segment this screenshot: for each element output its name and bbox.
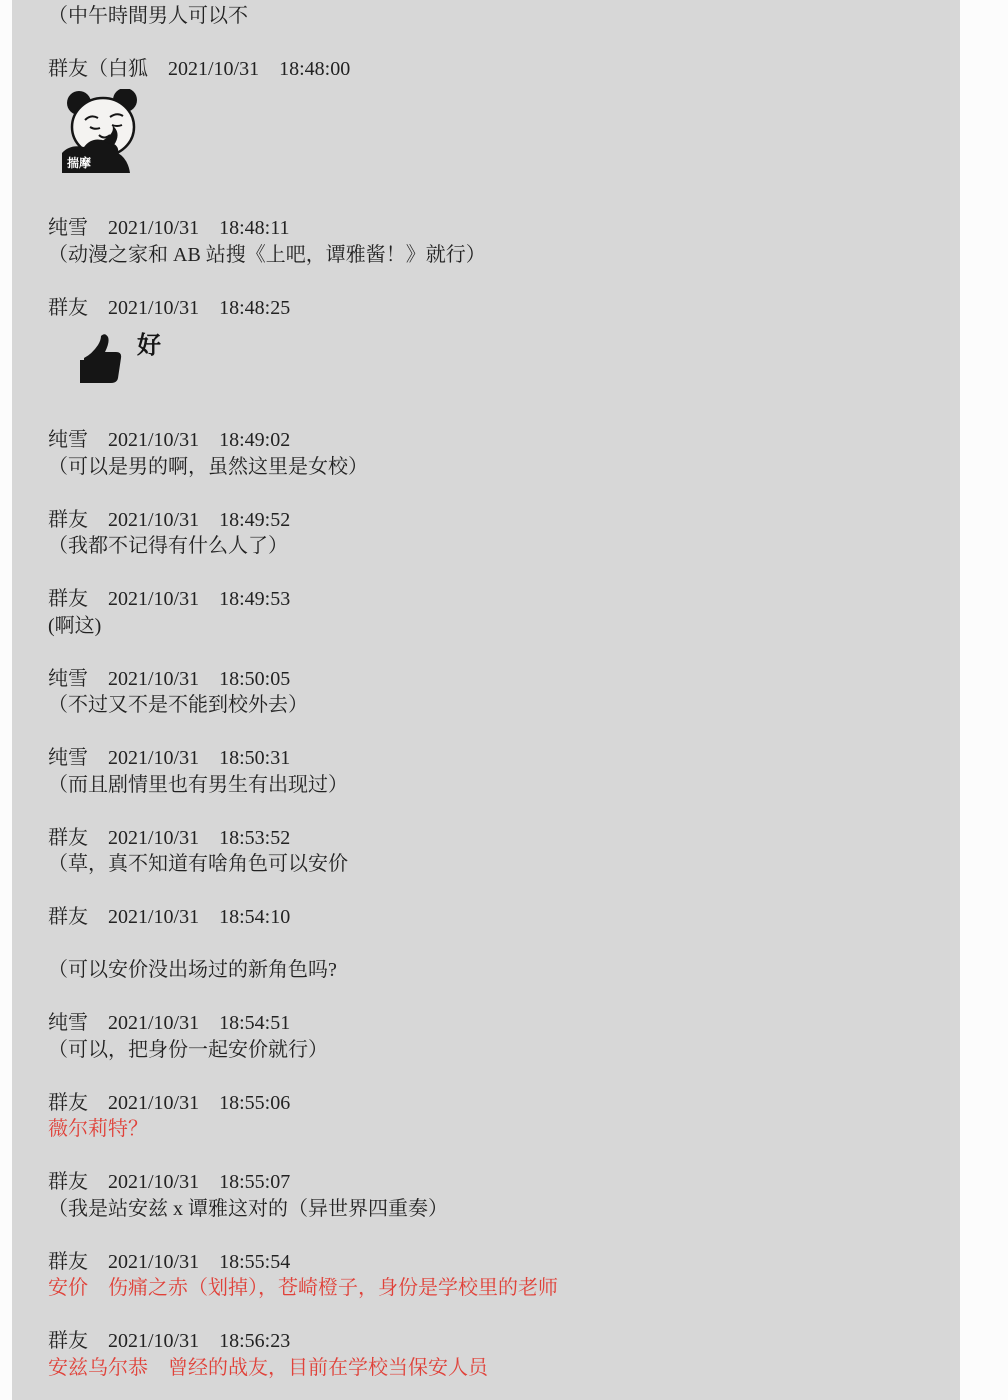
- message-text: （动漫之家和 AB 站搜《上吧，谭雅酱！》就行）: [48, 242, 928, 269]
- message-header: 群友 2021/10/31 18:53:52: [48, 825, 928, 852]
- message-header: 纯雪 2021/10/31 18:49:02: [48, 427, 928, 454]
- chat-message: 群友 2021/10/31 18:54:10 （可以安价没出场过的新角色吗?: [48, 904, 928, 984]
- message-header: 纯雪 2021/10/31 18:48:11: [48, 215, 928, 242]
- message-header: 群友 2021/10/31 18:55:06: [48, 1090, 928, 1117]
- sticker-caption-text: 好: [137, 334, 161, 358]
- message-text: （我都不记得有什么人了）: [48, 533, 928, 560]
- message-header: 纯雪 2021/10/31 18:50:05: [48, 666, 928, 693]
- message-header: 群友 2021/10/31 18:55:54: [48, 1249, 928, 1276]
- panda-meme-sticker-image: 揣摩: [62, 89, 150, 173]
- message-header: 群友 2021/10/31 18:49:52: [48, 507, 928, 534]
- chat-log: （中午時間男人可以不 群友（白狐 2021/10/31 18:48:00 揣摩: [48, 3, 928, 1381]
- chat-message: 群友 2021/10/31 18:48:25 好: [48, 295, 928, 428]
- message-text-red: 安价 伤痛之赤（划掉），苍崎橙子，身份是学校里的老师: [48, 1275, 928, 1302]
- message-header: 群友 2021/10/31 18:49:53: [48, 586, 928, 613]
- chat-message: 纯雪 2021/10/31 18:54:51 （可以，把身份一起安价就行）: [48, 1010, 928, 1063]
- chat-message: 群友 2021/10/31 18:49:52 （我都不记得有什么人了）: [48, 507, 928, 560]
- message-header: 群友 2021/10/31 18:48:25: [48, 295, 928, 322]
- chat-message: 群友 2021/10/31 18:55:06 薇尔莉特？: [48, 1090, 928, 1143]
- message-text-red: 安兹乌尔恭 曾经的战友，目前在学校当保安人员: [48, 1355, 928, 1382]
- message-text: (啊这): [48, 613, 928, 640]
- message-text: （而且剧情里也有男生有出现过）: [48, 772, 928, 799]
- message-text: （可以，把身份一起安价就行）: [48, 1037, 928, 1064]
- document-page: （中午時間男人可以不 群友（白狐 2021/10/31 18:48:00 揣摩: [0, 0, 1008, 1400]
- message-text-red: 薇尔莉特？: [48, 1116, 928, 1143]
- message-text: （可以安价没出场过的新角色吗?: [48, 957, 928, 984]
- message-header: 纯雪 2021/10/31 18:54:51: [48, 1010, 928, 1037]
- blank-line: [48, 931, 928, 958]
- message-header: 群友 2021/10/31 18:56:23: [48, 1328, 928, 1355]
- message-text: （草，真不知道有啥角色可以安价: [48, 851, 928, 878]
- message-text: （中午時間男人可以不: [48, 3, 928, 30]
- message-header: 纯雪 2021/10/31 18:50:31: [48, 745, 928, 772]
- chat-message: 群友 2021/10/31 18:55:07 （我是站安兹 x 谭雅这对的（异世…: [48, 1169, 928, 1222]
- chat-message: 纯雪 2021/10/31 18:49:02 （可以是男的啊，虽然这里是女校）: [48, 427, 928, 480]
- sticker-row: 好: [48, 321, 928, 427]
- sticker-row: 揣摩: [48, 83, 928, 216]
- message-header: 群友 2021/10/31 18:54:10: [48, 904, 928, 931]
- chat-message: 纯雪 2021/10/31 18:48:11 （动漫之家和 AB 站搜《上吧，谭…: [48, 215, 928, 268]
- message-text: （不过又不是不能到校外去）: [48, 692, 928, 719]
- chat-message: 群友 2021/10/31 18:56:23 安兹乌尔恭 曾经的战友，目前在学校…: [48, 1328, 928, 1381]
- chat-message: 群友 2021/10/31 18:55:54 安价 伤痛之赤（划掉），苍崎橙子，…: [48, 1249, 928, 1302]
- chat-message: 群友 2021/10/31 18:53:52 （草，真不知道有啥角色可以安价: [48, 825, 928, 878]
- chat-message: （中午時間男人可以不: [48, 3, 928, 30]
- thumbs-up-sticker-image: [72, 332, 130, 385]
- message-text: （可以是男的啊，虽然这里是女校）: [48, 454, 928, 481]
- sticker-caption-text: 揣摩: [67, 155, 91, 170]
- message-text: （我是站安兹 x 谭雅这对的（异世界四重奏）: [48, 1196, 928, 1223]
- chat-message: 群友（白狐 2021/10/31 18:48:00 揣摩: [48, 56, 928, 215]
- message-header: 群友 2021/10/31 18:55:07: [48, 1169, 928, 1196]
- chat-message: 纯雪 2021/10/31 18:50:31 （而且剧情里也有男生有出现过）: [48, 745, 928, 798]
- chat-message: 纯雪 2021/10/31 18:50:05 （不过又不是不能到校外去）: [48, 666, 928, 719]
- chat-message: 群友 2021/10/31 18:49:53 (啊这): [48, 586, 928, 639]
- message-header: 群友（白狐 2021/10/31 18:48:00: [48, 56, 928, 83]
